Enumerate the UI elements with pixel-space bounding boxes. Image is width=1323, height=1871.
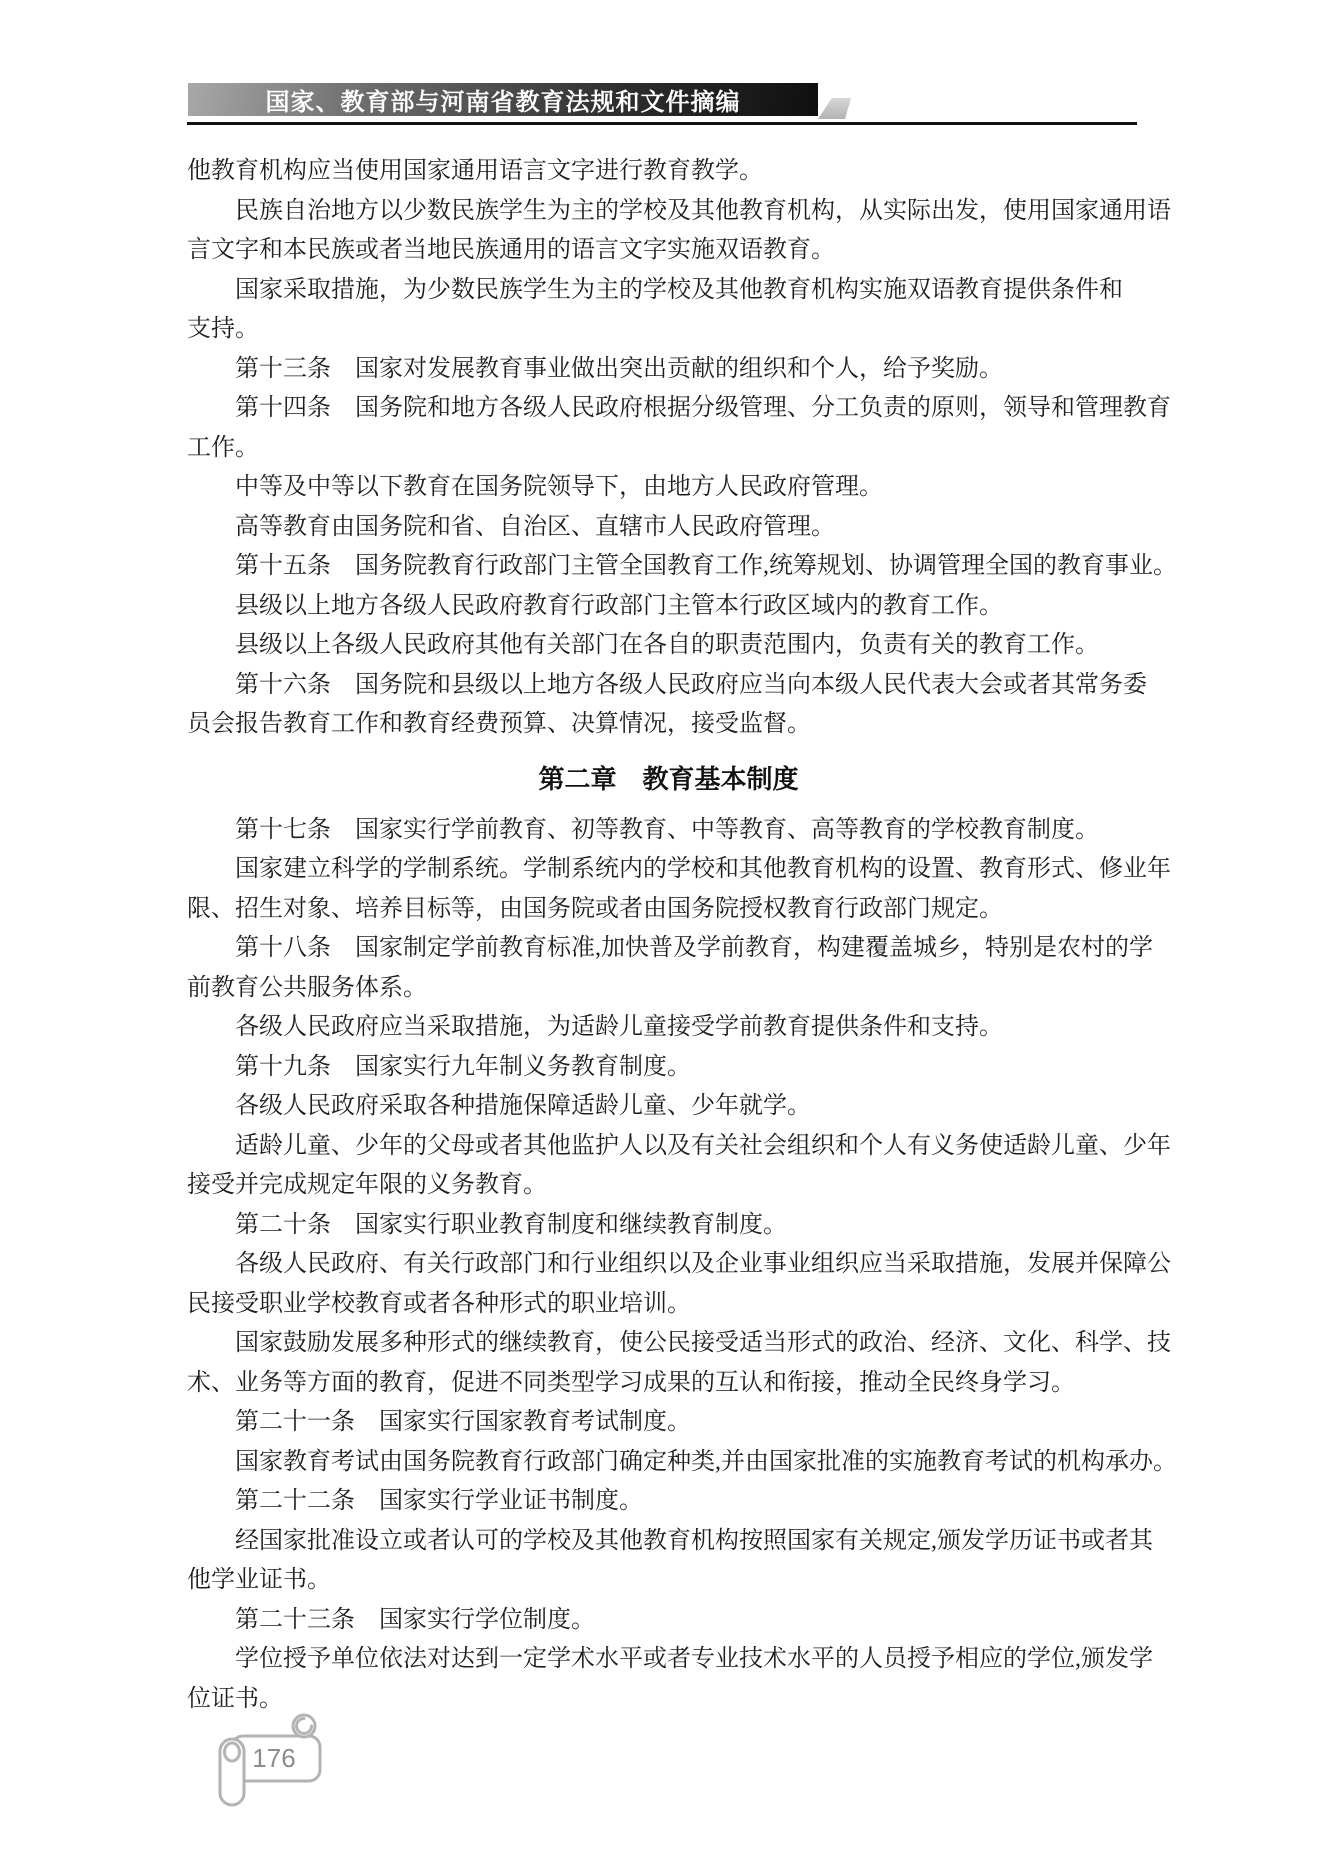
page-footer: 176: [207, 1712, 327, 1808]
text-line: 员会报告教育工作和教育经费预算、决算情况，接受监督。: [187, 705, 1150, 745]
text-line: 他教育机构应当使用国家通用语言文字进行教育教学。: [187, 152, 1150, 192]
text-line: 第十四条 国务院和地方各级人民政府根据分级管理、分工负责的原则，领导和管理教育: [187, 389, 1150, 429]
text-line: 术、业务等方面的教育，促进不同类型学习成果的互认和衔接，推动全民终身学习。: [187, 1364, 1150, 1404]
text-line: 限、招生对象、培养目标等，由国务院或者由国务院授权教育行政部门规定。: [187, 890, 1150, 930]
text-line: 民接受职业学校教育或者各种形式的职业培训。: [187, 1285, 1150, 1325]
text-line: 接受并完成规定年限的义务教育。: [187, 1166, 1150, 1206]
text-line: 国家教育考试由国务院教育行政部门确定种类,并由国家批准的实施教育考试的机构承办。: [187, 1443, 1150, 1483]
text-line: 言文字和本民族或者当地民族通用的语言文字实施双语教育。: [187, 231, 1150, 271]
text-line: 中等及中等以下教育在国务院领导下，由地方人民政府管理。: [187, 468, 1150, 508]
text-line: 各级人民政府采取各种措施保障适龄儿童、少年就学。: [187, 1087, 1150, 1127]
chapter-heading: 第二章 教育基本制度: [187, 759, 1150, 799]
text-line: 他学业证书。: [187, 1561, 1150, 1601]
text-line: 位证书。: [187, 1680, 1150, 1720]
text-line: 第十八条 国家制定学前教育标准,加快普及学前教育，构建覆盖城乡，特别是农村的学: [187, 929, 1150, 969]
text-line: 第二十条 国家实行职业教育制度和继续教育制度。: [187, 1206, 1150, 1246]
text-line: 县级以上地方各级人民政府教育行政部门主管本行政区域内的教育工作。: [187, 587, 1150, 627]
text-line: 支持。: [187, 310, 1150, 350]
text-line: 第十七条 国家实行学前教育、初等教育、中等教育、高等教育的学校教育制度。: [187, 811, 1150, 851]
text-line: 经国家批准设立或者认可的学校及其他教育机构按照国家有关规定,颁发学历证书或者其: [187, 1522, 1150, 1562]
text-line: 第十五条 国务院教育行政部门主管全国教育工作,统筹规划、协调管理全国的教育事业。: [187, 547, 1150, 587]
text-line: 第十六条 国务院和县级以上地方各级人民政府应当向本级人民代表大会或者其常务委: [187, 666, 1150, 706]
text-line: 第二十三条 国家实行学位制度。: [187, 1601, 1150, 1641]
text-line: 县级以上各级人民政府其他有关部门在各自的职责范围内，负责有关的教育工作。: [187, 626, 1150, 666]
text-line: 前教育公共服务体系。: [187, 969, 1150, 1009]
text-line: 国家鼓励发展多种形式的继续教育，使公民接受适当形式的政治、经济、文化、科学、技: [187, 1324, 1150, 1364]
text-line: 各级人民政府应当采取措施，为适龄儿童接受学前教育提供条件和支持。: [187, 1008, 1150, 1048]
text-line: 适龄儿童、少年的父母或者其他监护人以及有关社会组织和个人有义务使适龄儿童、少年: [187, 1127, 1150, 1167]
banner-arrow-decoration: [818, 98, 851, 119]
text-line: 学位授予单位依法对达到一定学术水平或者专业技术水平的人员授予相应的学位,颁发学: [187, 1640, 1150, 1680]
header-banner: 国家、教育部与河南省教育法规和文件摘编: [188, 83, 818, 116]
text-line: 民族自治地方以少数民族学生为主的学校及其他教育机构，从实际出发，使用国家通用语: [187, 192, 1150, 232]
header-title: 国家、教育部与河南省教育法规和文件摘编: [266, 82, 741, 117]
page-number: 176: [243, 1740, 305, 1776]
document-body: 他教育机构应当使用国家通用语言文字进行教育教学。民族自治地方以少数民族学生为主的…: [187, 152, 1150, 1719]
text-line: 第十九条 国家实行九年制义务教育制度。: [187, 1048, 1150, 1088]
text-line: 各级人民政府、有关行政部门和行业组织以及企业事业组织应当采取措施，发展并保障公: [187, 1245, 1150, 1285]
document-page: 国家、教育部与河南省教育法规和文件摘编 他教育机构应当使用国家通用语言文字进行教…: [0, 0, 1323, 1871]
text-line: 国家建立科学的学制系统。学制系统内的学校和其他教育机构的设置、教育形式、修业年: [187, 850, 1150, 890]
text-line: 第十三条 国家对发展教育事业做出突出贡献的组织和个人，给予奖励。: [187, 350, 1150, 390]
text-line: 第二十二条 国家实行学业证书制度。: [187, 1482, 1150, 1522]
text-line: 国家采取措施，为少数民族学生为主的学校及其他教育机构实施双语教育提供条件和: [187, 271, 1150, 311]
header-rule: [187, 122, 1137, 125]
text-line: 高等教育由国务院和省、自治区、直辖市人民政府管理。: [187, 508, 1150, 548]
text-line: 工作。: [187, 429, 1150, 469]
text-line: 第二十一条 国家实行国家教育考试制度。: [187, 1403, 1150, 1443]
